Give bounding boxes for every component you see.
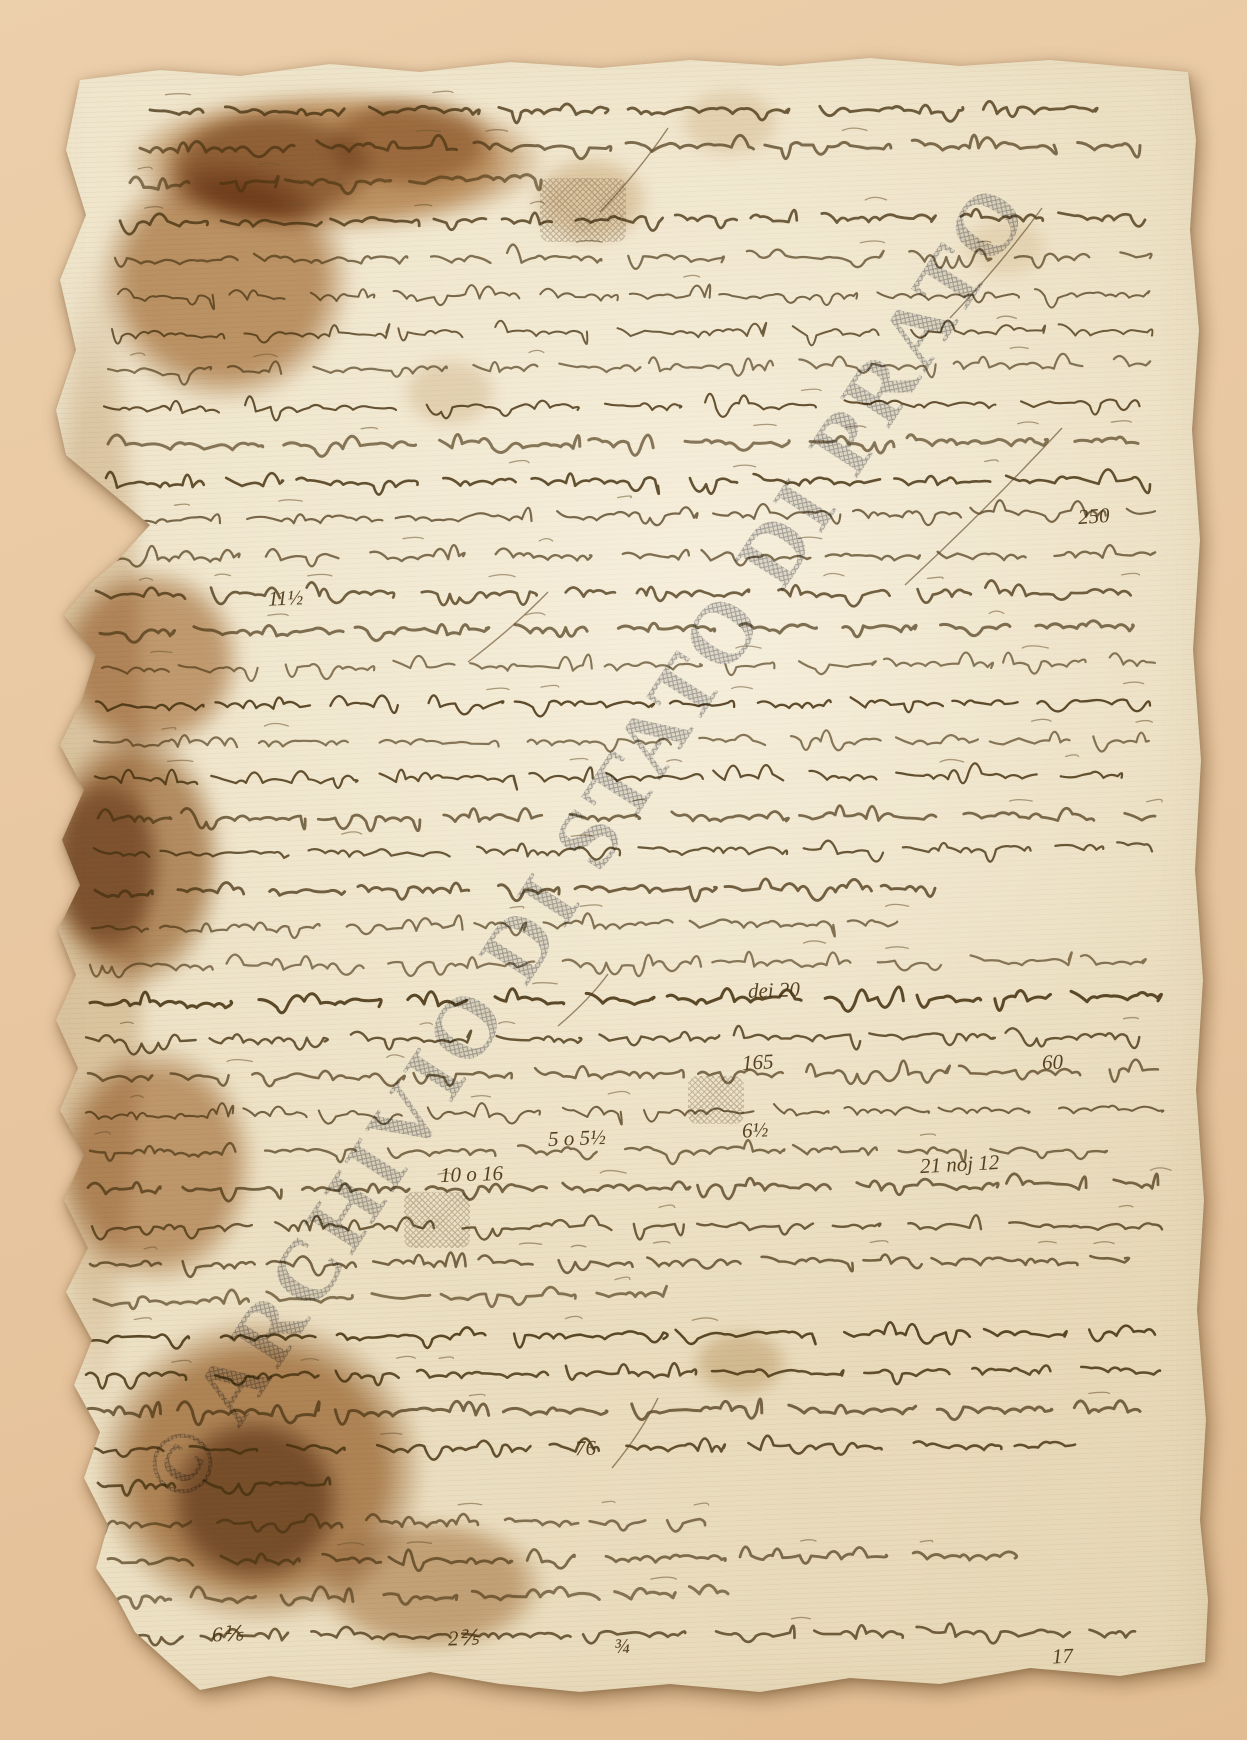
paper-shadow-wrapper: © ARCHIVIO DI STATO DI PRATO 11½250dei 2… bbox=[0, 0, 1247, 1740]
handwriting-line bbox=[92, 1215, 1162, 1239]
legible-fragment: 6½ bbox=[741, 1117, 769, 1143]
handwriting-line bbox=[112, 321, 1152, 346]
legible-fragment: dei 20 bbox=[748, 977, 801, 1004]
handwriting-line bbox=[102, 500, 1155, 525]
handwriting-line bbox=[84, 1514, 705, 1537]
handwriting-line bbox=[94, 1286, 667, 1309]
handwriting-line bbox=[100, 545, 1155, 566]
handwriting-line bbox=[88, 1174, 1158, 1201]
handwriting-line bbox=[86, 1026, 1139, 1054]
handwriting-line bbox=[88, 1060, 1158, 1087]
handwriting-line bbox=[150, 101, 1097, 122]
handwriting-line bbox=[106, 469, 1150, 494]
handwriting-line bbox=[108, 1547, 1017, 1571]
handwriting-line bbox=[90, 1253, 1129, 1277]
handwriting-line bbox=[96, 581, 1131, 607]
legible-fragment: 250 bbox=[1077, 503, 1110, 530]
halftone-patch bbox=[688, 1076, 744, 1124]
handwriting-line bbox=[86, 1103, 1163, 1124]
manuscript-page: © ARCHIVIO DI STATO DI PRATO 11½250dei 2… bbox=[0, 0, 1247, 1740]
legible-fragment: 21 noj 12 bbox=[919, 1150, 1000, 1179]
handwriting-line bbox=[102, 653, 1155, 681]
legible-fragment: 2⅖ bbox=[448, 1625, 480, 1651]
legible-fragment: 76 bbox=[575, 1436, 597, 1462]
scanned-background: © ARCHIVIO DI STATO DI PRATO 11½250dei 2… bbox=[0, 0, 1247, 1740]
handwriting-line bbox=[90, 952, 1146, 977]
handwriting-line bbox=[108, 435, 1138, 457]
halftone-patch bbox=[540, 178, 626, 242]
handwriting-line bbox=[104, 394, 1140, 421]
legible-fragment: 10 o 16 bbox=[440, 1161, 504, 1188]
legible-fragment: 6⅙ bbox=[212, 1621, 244, 1647]
handwriting-line bbox=[104, 1585, 728, 1608]
legible-fragment: 60 bbox=[1042, 1050, 1064, 1076]
handwriting-line bbox=[108, 354, 1150, 385]
halftone-patch bbox=[404, 1192, 470, 1248]
handwriting-line bbox=[130, 175, 541, 194]
legible-fragment: ¾ bbox=[614, 1634, 631, 1660]
legible-fragment: 5 o 5½ bbox=[548, 1125, 607, 1152]
legible-fragment: 11½ bbox=[268, 585, 304, 611]
handwriting-line bbox=[90, 987, 1161, 1013]
legible-fragment: 165 bbox=[741, 1049, 774, 1076]
handwriting-line bbox=[100, 621, 1133, 643]
legible-fragment: 17 bbox=[1051, 1643, 1073, 1669]
